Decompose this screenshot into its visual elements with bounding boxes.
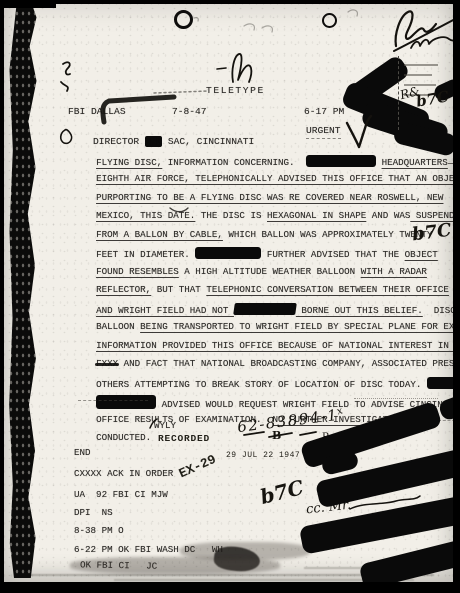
signature-scrawl [394,18,453,51]
pencil-squiggle [348,10,357,16]
file-number-underline [244,432,316,437]
dash-mark [217,68,226,69]
frame-bottom-bar [0,582,460,593]
circle-mark [61,130,72,144]
grease-bracket-fade [154,91,208,93]
frame-top-bar [0,0,460,4]
pen-tick [150,419,157,428]
frame-top-left-corner [0,0,56,8]
scanned-document-screenshot: { "document_type": "FBI teletype scan", … [0,0,460,593]
pen-swoosh [170,208,188,212]
initials-scrawl [232,54,251,82]
pencil-squiggle [244,24,272,32]
cc-squiggle [350,496,420,509]
handwritten-scrawls-layer [4,4,453,582]
frame-right-bar [453,0,460,593]
document-page: TELETYPE FBI DALLAS 7-8-47 6-17 PM DIREC… [4,4,453,582]
margin-squiggle [61,62,70,91]
checkmark-scrawl [347,116,371,147]
pencil-squiggle [194,18,198,21]
grease-bracket-mark [103,97,174,122]
